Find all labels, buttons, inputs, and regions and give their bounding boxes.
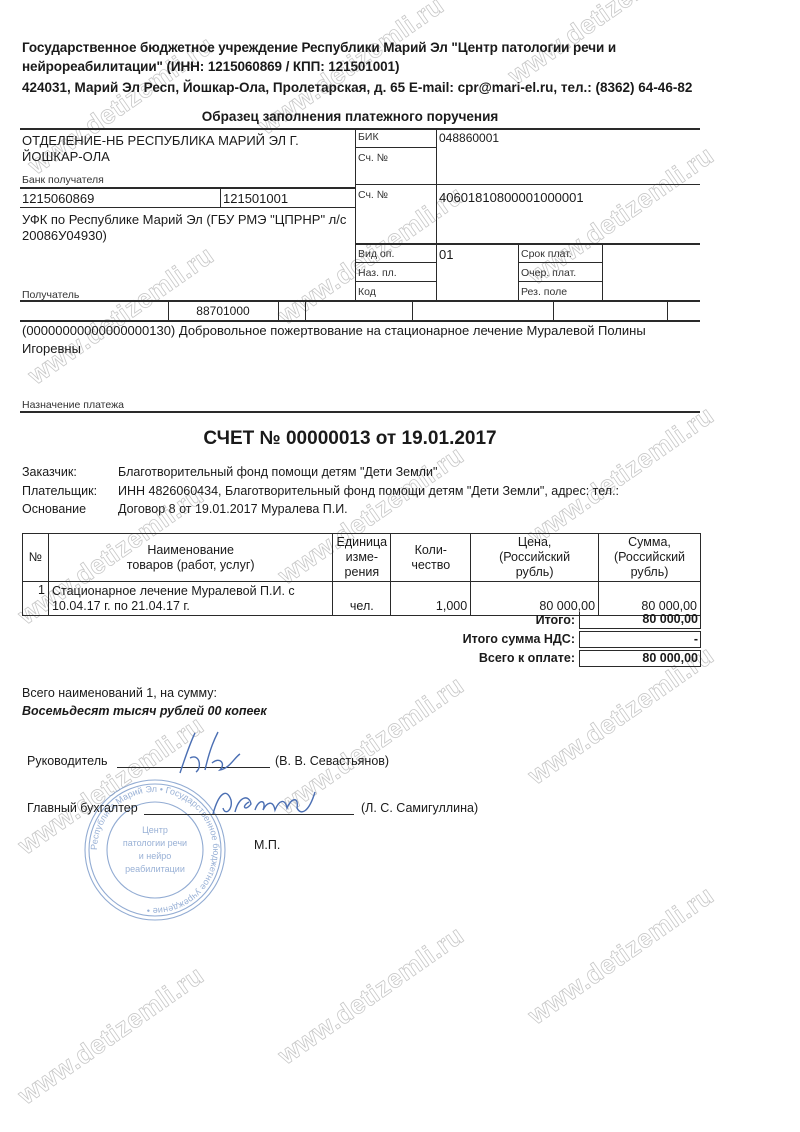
recipient-label: Получатель bbox=[22, 289, 79, 301]
cell-qty: 1,000 bbox=[391, 582, 471, 616]
org-name-line2: нейрореабилитации" (ИНН: 1215060869 / КП… bbox=[22, 57, 399, 76]
header-name: Наименование товаров (работ, услуг) bbox=[48, 534, 332, 582]
rule bbox=[355, 147, 436, 148]
accountant-label: Главный бухгалтер bbox=[27, 801, 138, 815]
org-name-line1: Государственное бюджетное учреждение Рес… bbox=[22, 38, 616, 57]
priority-label: Очер. плат. bbox=[521, 267, 576, 279]
stamp-inner-line: Центр bbox=[142, 825, 168, 835]
bik-value: 048860001 bbox=[439, 130, 499, 146]
inn-value: 1215060869 bbox=[22, 191, 94, 207]
purpose-rule bbox=[20, 411, 700, 413]
due-label: Всего к оплате: bbox=[479, 651, 575, 665]
total-value: 80 000,00 bbox=[579, 612, 701, 629]
header-price-line: рубль) bbox=[473, 565, 596, 580]
bank-label: Банк получателя bbox=[22, 174, 104, 186]
stamp-inner-line: реабилитации bbox=[125, 864, 185, 874]
stamp-place-label: М.П. bbox=[254, 838, 280, 852]
stamp-inner-line: патологии речи bbox=[123, 838, 187, 848]
op-type-value: 01 bbox=[439, 247, 453, 263]
header-sum-line: (Российский bbox=[601, 550, 698, 565]
kpp-value: 121501001 bbox=[223, 191, 288, 207]
header-num: № bbox=[23, 534, 49, 582]
rule bbox=[278, 300, 279, 320]
header-sum-line: рубль) bbox=[601, 565, 698, 580]
rule bbox=[355, 281, 436, 282]
rule bbox=[355, 128, 356, 300]
sample-title: Образец заполнения платежного поручения bbox=[0, 109, 700, 124]
accountant-name: (Л. С. Самигуллина) bbox=[361, 801, 478, 815]
director-label: Руководитель bbox=[27, 754, 108, 768]
accountant-signature bbox=[205, 782, 325, 822]
rule bbox=[553, 300, 554, 320]
account-label: Сч. № bbox=[358, 189, 388, 201]
purpose-code-label: Наз. пл. bbox=[358, 267, 397, 279]
watermark-text: www.detizemli.ru bbox=[522, 880, 720, 1031]
rule bbox=[518, 243, 519, 300]
total-label: Итого: bbox=[536, 613, 575, 627]
due-date-label: Срок плат. bbox=[521, 248, 572, 260]
vat-value: - bbox=[579, 631, 701, 648]
rule bbox=[518, 262, 602, 263]
rule bbox=[20, 128, 700, 130]
rule bbox=[518, 281, 602, 282]
vat-label: Итого сумма НДС: bbox=[463, 632, 575, 646]
rule bbox=[20, 187, 355, 189]
due-value: 80 000,00 bbox=[579, 650, 701, 667]
header-qty-line: чество bbox=[393, 558, 468, 573]
header-unit-line: Единица bbox=[335, 535, 388, 550]
header-sum-line: Сумма, bbox=[601, 535, 698, 550]
header-unit: Единица изме- рения bbox=[333, 534, 391, 582]
amount-in-words: Восемьдесят тысяч рублей 00 копеек bbox=[22, 704, 267, 718]
oktmo-value: 88701000 bbox=[168, 303, 278, 319]
watermark-text: www.detizemli.ru bbox=[12, 960, 210, 1111]
header-name-line: Наименование bbox=[51, 543, 330, 558]
header-sum: Сумма, (Российский рубль) bbox=[599, 534, 701, 582]
payment-purpose-text: (00000000000000000130) Добровольное поже… bbox=[22, 322, 702, 358]
cell-unit: чел. bbox=[333, 582, 391, 616]
corr-account-label: Сч. № bbox=[358, 152, 388, 164]
payment-purpose-label: Назначение платежа bbox=[22, 399, 124, 411]
header-price-line: Цена, bbox=[473, 535, 596, 550]
rule bbox=[355, 262, 436, 263]
org-address: 424031, Марий Эл Респ, Йошкар-Ола, Проле… bbox=[22, 80, 692, 95]
header-name-line: товаров (работ, услуг) bbox=[51, 558, 330, 573]
rule bbox=[602, 243, 603, 300]
rule bbox=[355, 184, 700, 185]
totals-block: Итого: 80 000,00 Итого сумма НДС: - Всег… bbox=[400, 612, 701, 667]
rule bbox=[436, 128, 437, 300]
rule bbox=[20, 207, 355, 208]
director-signature bbox=[160, 728, 250, 778]
rule bbox=[20, 300, 700, 302]
op-type-label: Вид оп. bbox=[358, 248, 394, 260]
director-name: (В. В. Севастьянов) bbox=[275, 754, 389, 768]
bank-name-line1: ОТДЕЛЕНИЕ-НБ РЕСПУБЛИКА МАРИЙ ЭЛ Г. bbox=[22, 133, 299, 149]
header-qty: Коли- чество bbox=[391, 534, 471, 582]
watermark-text: www.detizemli.ru bbox=[272, 920, 470, 1071]
header-qty-line: Коли- bbox=[393, 543, 468, 558]
bank-name-line2: ЙОШКАР-ОЛА bbox=[22, 149, 110, 165]
customer-label: Заказчик: bbox=[22, 465, 77, 479]
account-value: 40601810800001000001 bbox=[439, 190, 584, 206]
rule bbox=[667, 300, 668, 320]
due-row: Всего к оплате: 80 000,00 bbox=[400, 650, 701, 667]
vat-row: Итого сумма НДС: - bbox=[400, 631, 701, 648]
rule bbox=[220, 187, 221, 207]
items-count-summary: Всего наименований 1, на сумму: bbox=[22, 686, 217, 700]
header-price: Цена, (Российский рубль) bbox=[471, 534, 599, 582]
cell-name: Стационарное лечение Муралевой П.И. с 10… bbox=[48, 582, 332, 616]
total-row: Итого: 80 000,00 bbox=[400, 612, 701, 629]
table-header-row: № Наименование товаров (работ, услуг) Ед… bbox=[23, 534, 701, 582]
items-table: № Наименование товаров (работ, услуг) Ед… bbox=[22, 533, 701, 616]
payer-value: ИНН 4826060434, Благотворительный фонд п… bbox=[118, 484, 619, 498]
code-label: Код bbox=[358, 286, 376, 298]
payment-order-form: ОТДЕЛЕНИЕ-НБ РЕСПУБЛИКА МАРИЙ ЭЛ Г. ЙОШК… bbox=[20, 128, 700, 320]
customer-value: Благотворительный фонд помощи детям "Дет… bbox=[118, 465, 437, 479]
bik-label: БИК bbox=[358, 131, 379, 143]
payer-label: Плательщик: bbox=[22, 484, 97, 498]
header-unit-line: изме- bbox=[335, 550, 388, 565]
rule bbox=[412, 300, 413, 320]
cell-price: 80 000,00 bbox=[471, 582, 599, 616]
basis-label: Основание bbox=[22, 502, 86, 516]
recipient-line1: УФК по Республике Марий Эл (ГБУ РМЭ "ЦПР… bbox=[22, 212, 346, 228]
cell-num: 1 bbox=[23, 582, 49, 616]
table-row: 1 Стационарное лечение Муралевой П.И. с … bbox=[23, 582, 701, 616]
basis-value: Договор 8 от 19.01.2017 Муралева П.И. bbox=[118, 502, 348, 516]
recipient-line2: 20086У04930) bbox=[22, 228, 107, 244]
header-unit-line: рения bbox=[335, 565, 388, 580]
stamp-inner-line: и нейро bbox=[139, 851, 172, 861]
invoice-title: СЧЕТ № 00000013 от 19.01.2017 bbox=[0, 428, 700, 450]
reserve-label: Рез. поле bbox=[521, 286, 567, 298]
watermark-text: www.detizemli.ru bbox=[522, 400, 720, 551]
rule bbox=[305, 300, 306, 320]
cell-sum: 80 000,00 bbox=[599, 582, 701, 616]
header-price-line: (Российский bbox=[473, 550, 596, 565]
rule bbox=[355, 243, 700, 245]
